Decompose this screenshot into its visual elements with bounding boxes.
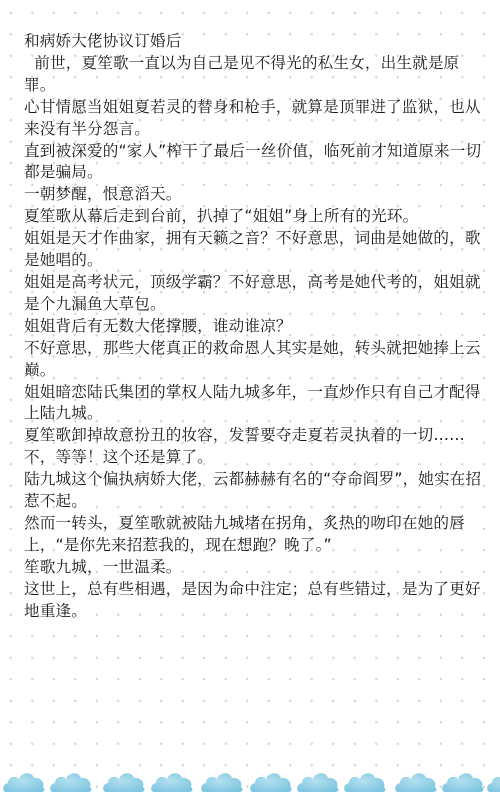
cloud-icon xyxy=(394,769,438,793)
paragraph: 陆九城这个偏执病娇大佬，云都赫赫有名的“夺命阎罗”，她实在招惹不起。 xyxy=(24,469,490,513)
cloud-border xyxy=(0,765,500,795)
cloud-icon xyxy=(200,769,244,793)
document-body: 和病娇大佬协议订婚后 前世，夏笙歌一直以为自己是见不得光的私生女，出生就是原罪。… xyxy=(24,31,490,622)
paragraph: 夏笙歌从幕后走到台前，扒掉了“姐姐”身上所有的光环。 xyxy=(24,206,490,228)
cloud-icon xyxy=(2,769,46,793)
paragraph: 笙歌九城，一世温柔。 xyxy=(24,557,490,579)
paragraph: 不，等等！这个还是算了。 xyxy=(24,447,490,469)
cloud-icon xyxy=(343,769,387,793)
cloud-icon xyxy=(49,769,93,793)
cloud-icon xyxy=(102,769,146,793)
document-title: 和病娇大佬协议订婚后 xyxy=(24,31,490,53)
cloud-icon xyxy=(486,769,500,793)
paragraph: 一朝梦醒，恨意滔天。 xyxy=(24,184,490,206)
paragraph: 直到被深爱的“家人”榨干了最后一丝价值，临死前才知道原来一切都是骗局。 xyxy=(24,141,490,185)
paragraph: 姐姐暗恋陆氏集团的掌权人陆九城多年，一直炒作只有自己才配得上陆九城。 xyxy=(24,382,490,426)
paragraph: 姐姐是天才作曲家，拥有天籁之音？不好意思，词曲是她做的，歌是她唱的。 xyxy=(24,228,490,272)
paragraph: 夏笙歌卸掉故意扮丑的妆容，发誓要夺走夏若灵执着的一切…… xyxy=(24,425,490,447)
cloud-icon xyxy=(150,769,194,793)
paragraph: 心甘情愿当姐姐夏若灵的替身和枪手，就算是顶罪进了监狱，也从来没有半分怨言。 xyxy=(24,97,490,141)
cloud-icon xyxy=(296,769,340,793)
cloud-icon xyxy=(249,769,293,793)
paragraph: 这世上，总有些相遇，是因为命中注定；总有些错过，是为了更好地重逢。 xyxy=(24,579,490,623)
paragraph: 前世，夏笙歌一直以为自己是见不得光的私生女，出生就是原罪。 xyxy=(24,53,490,97)
paragraph: 姐姐是高考状元，顶级学霸？不好意思，高考是她代考的，姐姐就是个九漏鱼大草包。 xyxy=(24,272,490,316)
paragraph: 姐姐背后有无数大佬撑腰，谁动谁凉？ xyxy=(24,316,490,338)
paragraph: 不好意思，那些大佬真正的救命恩人其实是她，转头就把她捧上云巅。 xyxy=(24,338,490,382)
paragraph: 然而一转头，夏笙歌就被陆九城堵在拐角，炙热的吻印在她的唇上，“是你先来招惹我的，… xyxy=(24,513,490,557)
cloud-icon xyxy=(441,769,485,793)
